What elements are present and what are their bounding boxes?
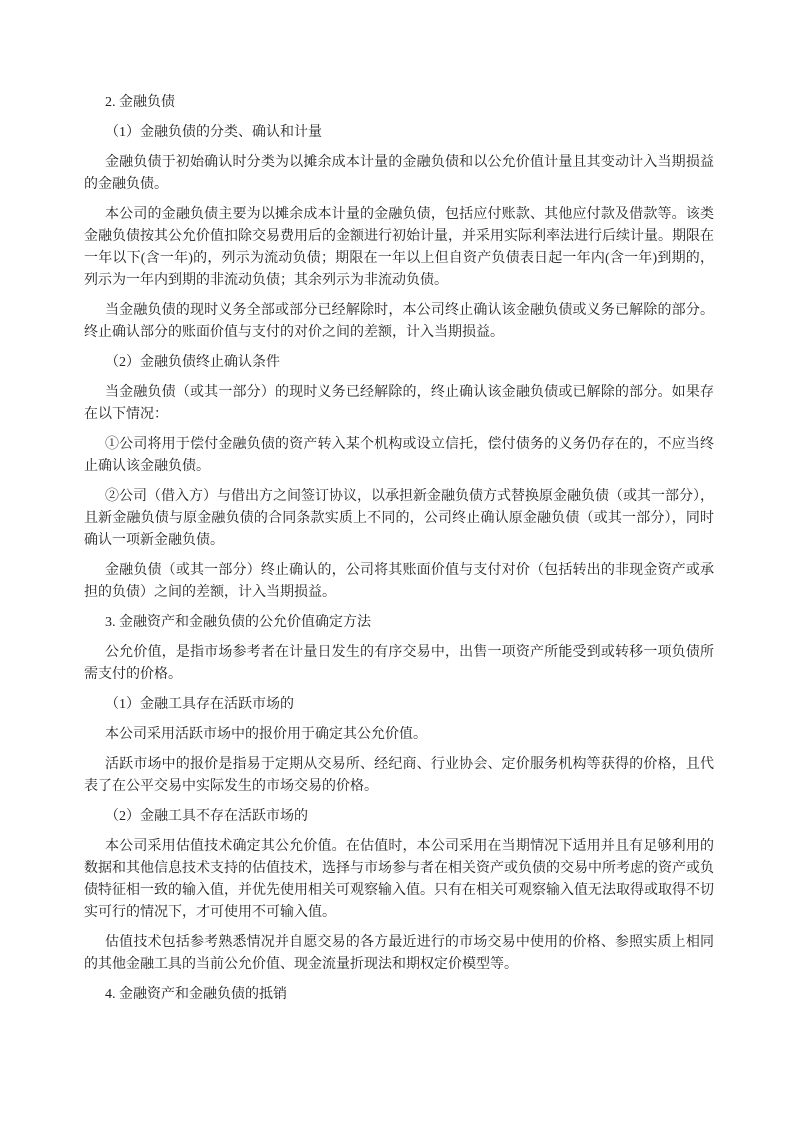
doc-paragraph: 活跃市场中的报价是指易于定期从交易所、经纪商、行业协会、定价服务机构等获得的价格… xyxy=(84,754,714,798)
doc-paragraph: 当金融负债的现时义务全部或部分已经解除时，本公司终止确认该金融负债或义务已解除的… xyxy=(84,300,714,344)
doc-heading: 3. 金融资产和金融负债的公允价值确定方法 xyxy=(84,612,714,634)
doc-paragraph: 本公司采用估值技术确定其公允价值。在估值时，本公司采用在当期情况下适用并且有足够… xyxy=(84,836,714,924)
doc-subheading: （2）金融工具不存在活跃市场的 xyxy=(84,806,714,828)
doc-paragraph: ②公司（借入方）与借出方之间签订协议，以承担新金融负债方式替换原金融负债（或其一… xyxy=(84,486,714,552)
doc-paragraph: 金融负债于初始确认时分类为以摊余成本计量的金融负债和以公允价值计量且其变动计入当… xyxy=(84,152,714,196)
doc-heading: 2. 金融负债 xyxy=(84,92,714,114)
document-body: 2. 金融负债 （1）金融负债的分类、确认和计量 金融负债于初始确认时分类为以摊… xyxy=(0,0,793,1006)
doc-paragraph: ①公司将用于偿付金融负债的资产转入某个机构或设立信托，偿付债务的义务仍存在的，不… xyxy=(84,434,714,478)
doc-paragraph: 金融负债（或其一部分）终止确认的，公司将其账面价值与支付对价（包括转出的非现金资… xyxy=(84,560,714,604)
doc-subheading: （1）金融工具存在活跃市场的 xyxy=(84,694,714,716)
doc-paragraph: 本公司采用活跃市场中的报价用于确定其公允价值。 xyxy=(84,724,714,746)
doc-subheading: （1）金融负债的分类、确认和计量 xyxy=(84,122,714,144)
document-page: 2. 金融负债 （1）金融负债的分类、确认和计量 金融负债于初始确认时分类为以摊… xyxy=(0,0,793,1122)
doc-paragraph: 公允价值，是指市场参考者在计量日发生的有序交易中，出售一项资产所能受到或转移一项… xyxy=(84,642,714,686)
doc-subheading: （2）金融负债终止确认条件 xyxy=(84,352,714,374)
doc-paragraph: 本公司的金融负债主要为以摊余成本计量的金融负债，包括应付账款、其他应付款及借款等… xyxy=(84,204,714,292)
doc-heading: 4. 金融资产和金融负债的抵销 xyxy=(84,984,714,1006)
doc-paragraph: 估值技术包括参考熟悉情况并自愿交易的各方最近进行的市场交易中使用的价格、参照实质… xyxy=(84,932,714,976)
doc-paragraph: 当金融负债（或其一部分）的现时义务已经解除的，终止确认该金融负债或已解除的部分。… xyxy=(84,382,714,426)
